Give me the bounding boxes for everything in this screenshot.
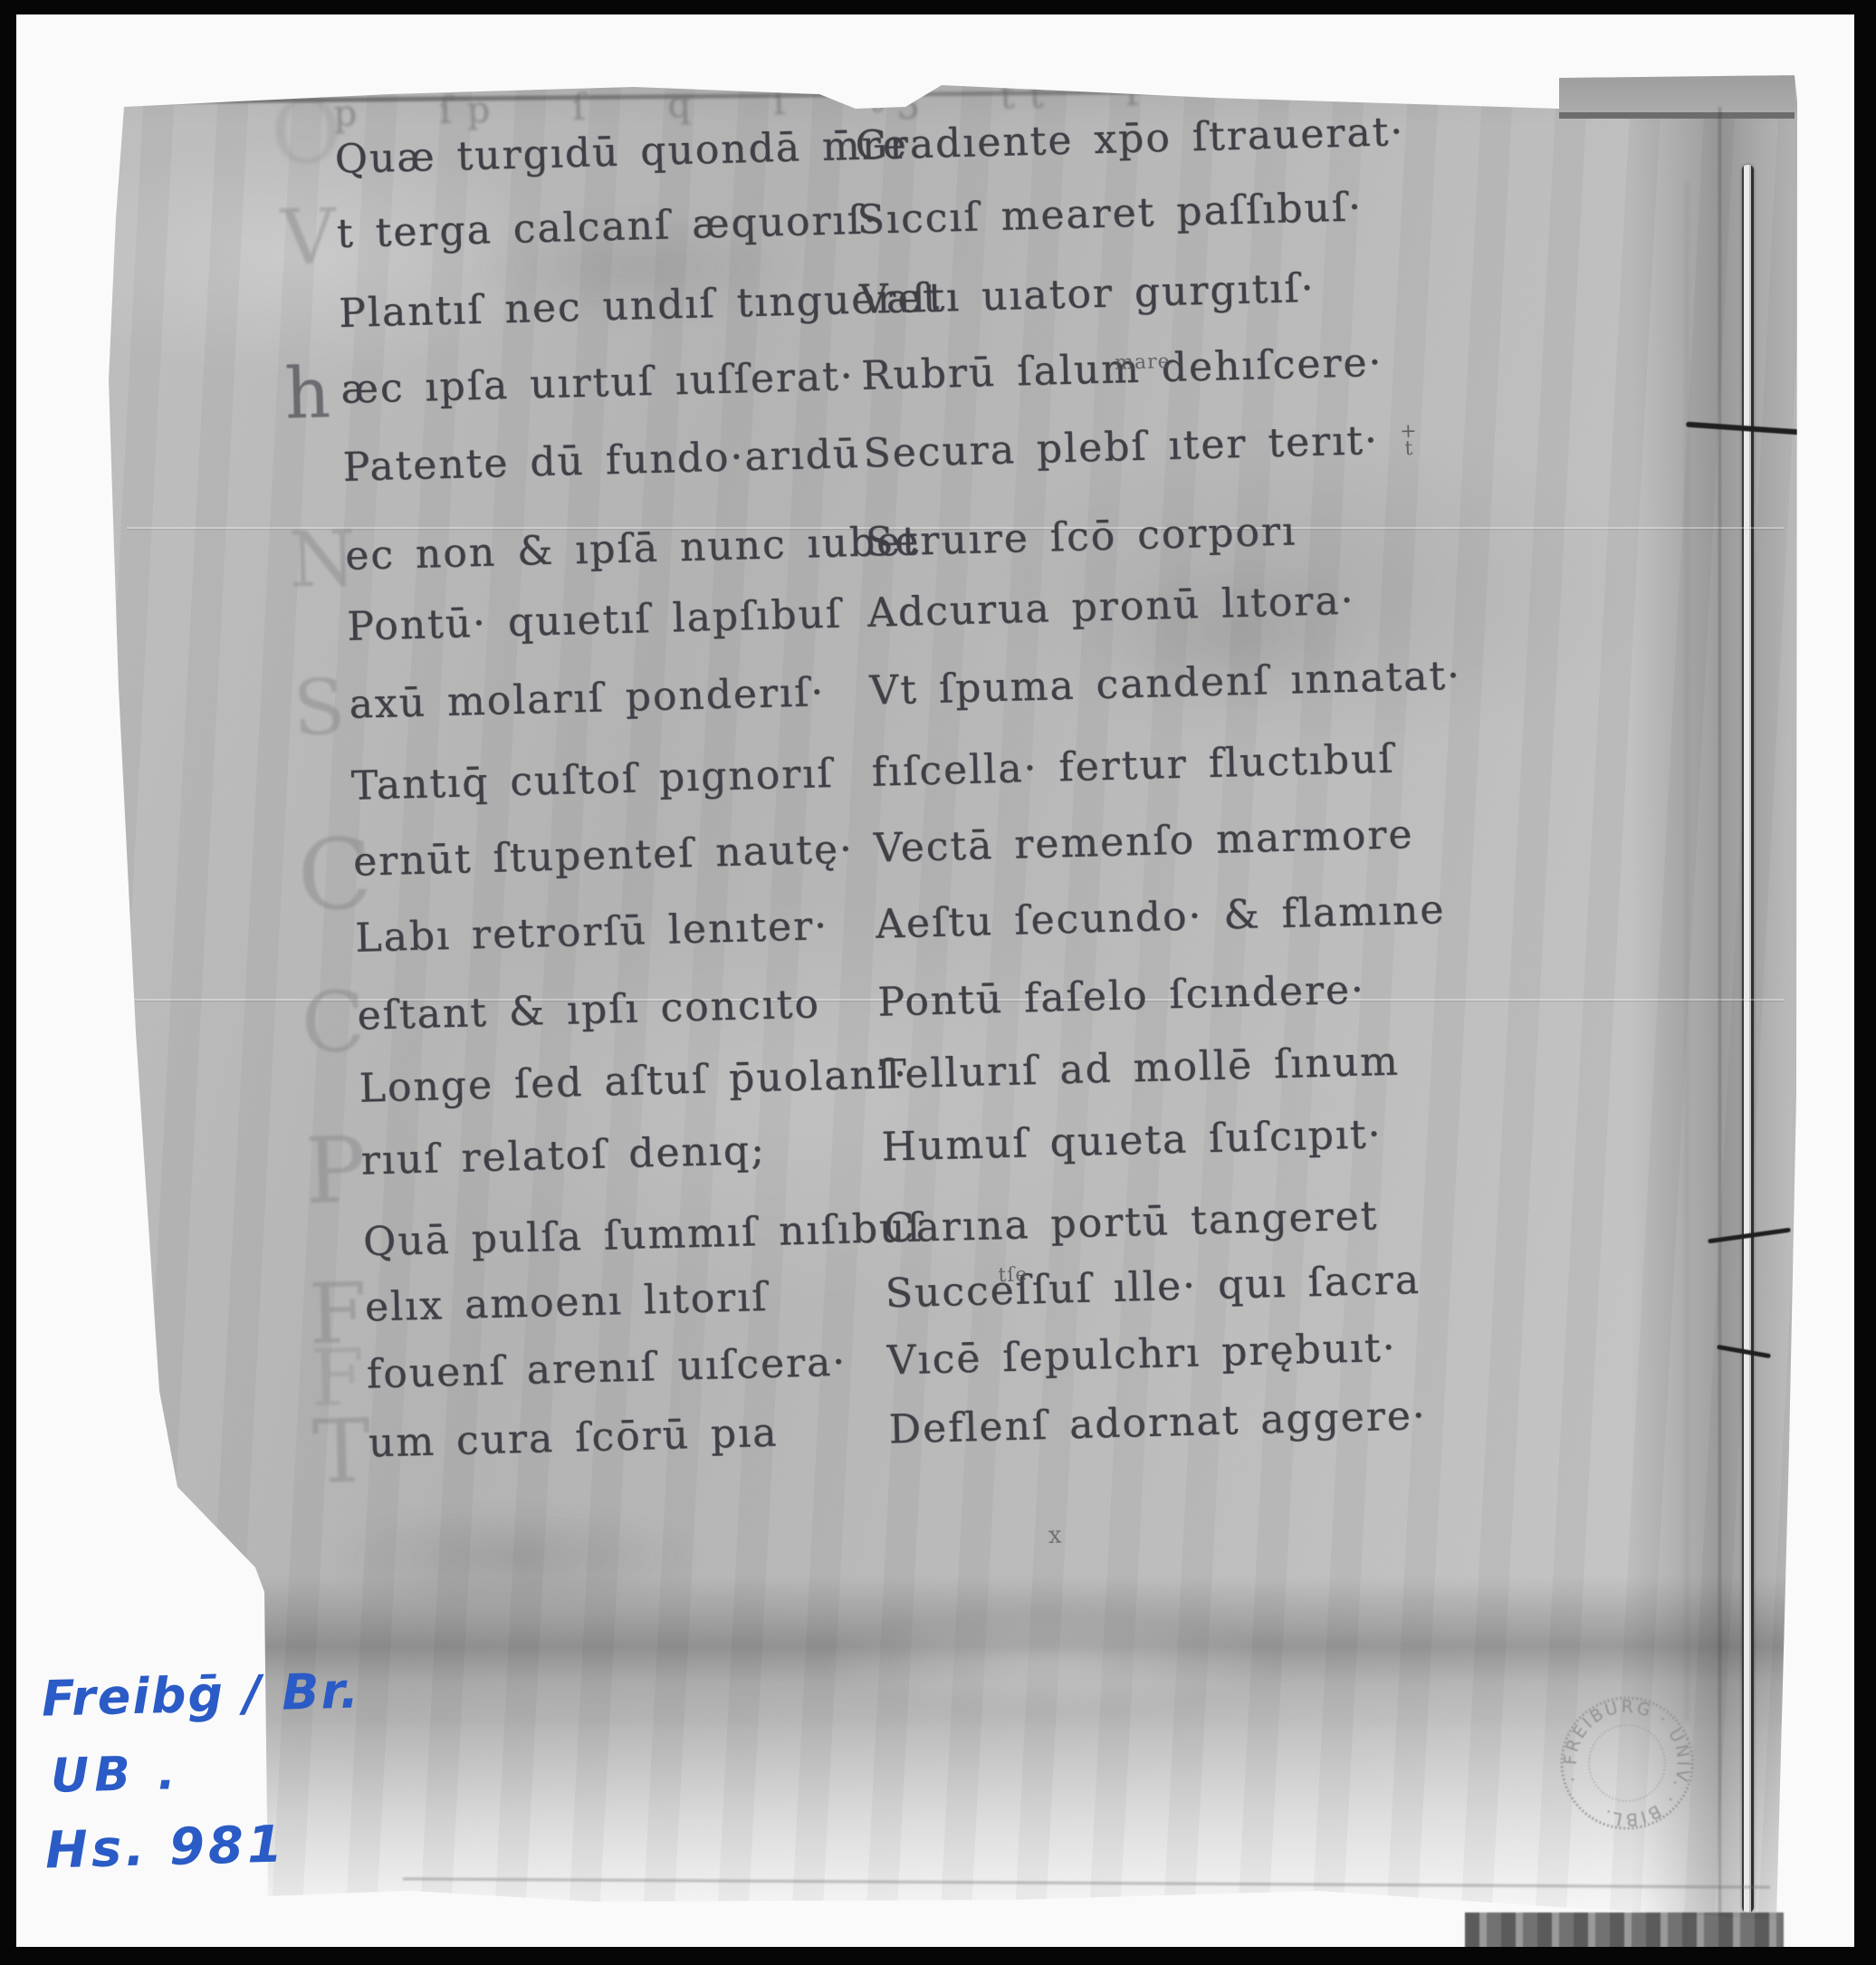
manuscript-line: Pontū· quıetıſ lapſıbuſAdcurua pronū lıt… — [347, 593, 843, 650]
ghost-initial: V — [280, 198, 339, 276]
manuscript-line: Plantıſ nec undıſ tıngueretVaſtı uıator … — [339, 277, 942, 337]
hemistich-right: Tellurıſ ad mollē ſınum — [879, 1040, 1400, 1098]
hemistich-right: Vectā remenſo marmore — [873, 813, 1414, 871]
manuscript-line: Prıuſ relatoſ denıq;Humuſ quıeta ſuſcıpı… — [360, 1129, 766, 1184]
hemistich-right: Adcurua pronū lıtora· — [867, 580, 1356, 636]
interlinear-gloss: + t — [1400, 424, 1418, 458]
hemistich-left: Quā pulſa ſummıſ nıſıbuſ — [363, 1204, 924, 1265]
manuscript-line: hæc ıpſa uırtuſ ıuſſerat·Rubrū ſalum deh… — [340, 355, 855, 412]
hemistich-left: Longe ſed aſtuſ p̄uolanſ· — [359, 1051, 909, 1112]
hemistich-left: Pontū· quıetıſ lapſıbuſ — [347, 591, 843, 650]
hemistich-right: Carına portū tangeret — [883, 1194, 1379, 1251]
shelfmark-annotation-line-3: Hs. 981 — [44, 1816, 286, 1881]
ghost-initial: h — [284, 358, 333, 429]
hemistich-left: elıx amoenı lıtorıſ — [364, 1274, 769, 1331]
hemistich-left: fouenſ arenıſ uıſcera· — [366, 1339, 847, 1398]
manuscript-line: Felıx amoenı lıtorıſSucceſſuſ ılle· quı … — [364, 1276, 769, 1330]
shelfmark-annotation-line-2: UB . — [50, 1746, 181, 1804]
hemistich-right: Aeſtu ſecundo· & flamıne — [876, 888, 1446, 947]
hemistich-left: Tantıq̄ cuſtoſ pıgnorıſ — [350, 751, 834, 810]
hemistich-right: Secura plebſ ıter terıt· — [863, 419, 1380, 476]
hemistich-right: fıſcella· fertur fluctıbuſ — [871, 738, 1395, 796]
hemistich-left: eſtant & ıpſı concıto — [357, 981, 821, 1039]
manuscript-line: Tum cura ſcōrū pıaDeflenſ adornat aggere… — [368, 1412, 779, 1466]
manuscript-line: Cernūt ſtupenteſ nautę·Vectā remenſo mar… — [353, 828, 855, 885]
hemistich-left: um cura ſcōrū pıa — [368, 1410, 779, 1467]
shelfmark-annotation-line-1: Freibḡ / Br. — [41, 1662, 360, 1727]
photograph-of-manuscript-page: { "photo": { "frame_color": "#060606", "… — [0, 0, 1876, 1965]
hemistich-left: t terga calcanſ æquorıſ· — [336, 196, 878, 257]
manuscript-line: Patente dū fundo·arıdūSecura plebſ ıter … — [342, 433, 861, 490]
manuscript-line: Saxū molarıſ ponderıſ·Vt ſpuma candenſ ı… — [349, 671, 826, 727]
manuscript-line: Vt terga calcanſ æquorıſ·Sıccıſ mearet p… — [336, 198, 878, 256]
hemistich-right: Vt ſpuma candenſ ınnatat· — [869, 655, 1462, 714]
hemistich-left: Patente dū fundo·arıdū — [342, 431, 861, 491]
ghost-initial: P — [304, 1125, 369, 1217]
ghost-initial: S — [292, 669, 349, 747]
hemistich-right: Seruıre ſcō corporı — [866, 510, 1297, 565]
hemistich-left: ec non & ıpſā nunc ıubet — [345, 518, 921, 580]
manuscript-line: Labı retrorſū lenıter·Aeſtu ſecundo· & f… — [355, 905, 829, 961]
hemistich-right: Vıcē ſepulchrı prębuıt· — [886, 1327, 1397, 1384]
hemistich-left: rıuſ relatoſ denıq; — [360, 1127, 766, 1184]
manuscript-line: Nec non & ıpſā nunc ıubetSeruıre ſcō cor… — [345, 520, 921, 579]
next-leaf-bottom-edge-strip — [1465, 1912, 1784, 1951]
hemistich-left: æc ıpſa uırtuſ ıuſſerat· — [340, 353, 856, 413]
hemistich-left: axū molarıſ ponderıſ· — [349, 669, 826, 728]
hemistich-right: Sıccıſ mearet paſſıbuſ· — [857, 186, 1363, 243]
ghost-initial: O — [270, 88, 345, 177]
hemistich-left: Plantıſ nec undıſ tıngueret — [339, 275, 942, 337]
manuscript-line: Ffouenſ arenıſ uıſcera·Vıcē ſepulchrı pr… — [366, 1341, 847, 1397]
ghost-initial: T — [311, 1407, 374, 1496]
hemistich-right: Humuſ quıeta ſuſcıpıt· — [881, 1113, 1383, 1170]
interlinear-gloss: mare — [1115, 354, 1171, 372]
hemistich-right: Deflenſ adornat aggere· — [888, 1395, 1427, 1452]
hemistich-right: Pontū faſelo ſcındere· — [877, 969, 1366, 1025]
manuscript-text-block: O p ſp ſ q ſ tʒ tt ſ Quæ turgıdū quondā … — [330, 0, 1749, 1648]
hemistich-left: Labı retrorſū lenıter· — [355, 903, 829, 962]
hemistich-right: Succeſſuſ ılle· quı ſacra — [885, 1259, 1421, 1317]
manuscript-line: Longe ſed aſtuſ p̄uolanſ·Tellurıſ ad mol… — [359, 1053, 908, 1111]
manuscript-line: Quā pulſa ſummıſ nıſıbuſCarına portū tan… — [363, 1206, 924, 1265]
interlinear-gloss: tſe — [998, 1267, 1028, 1285]
manuscript-line: Ceſtant & ıpſı concıtoPontū faſelo ſcınd… — [357, 982, 820, 1039]
manuscript-line: Tantıq̄ cuſtoſ pıgnorıſfıſcella· fertur … — [350, 752, 834, 809]
hemistich-right: Vaſtı uıator gurgıtıſ· — [859, 267, 1316, 323]
hemistich-left: ernūt ſtupenteſ nautę· — [353, 826, 855, 885]
interlinear-gloss: x — [1048, 1526, 1063, 1546]
